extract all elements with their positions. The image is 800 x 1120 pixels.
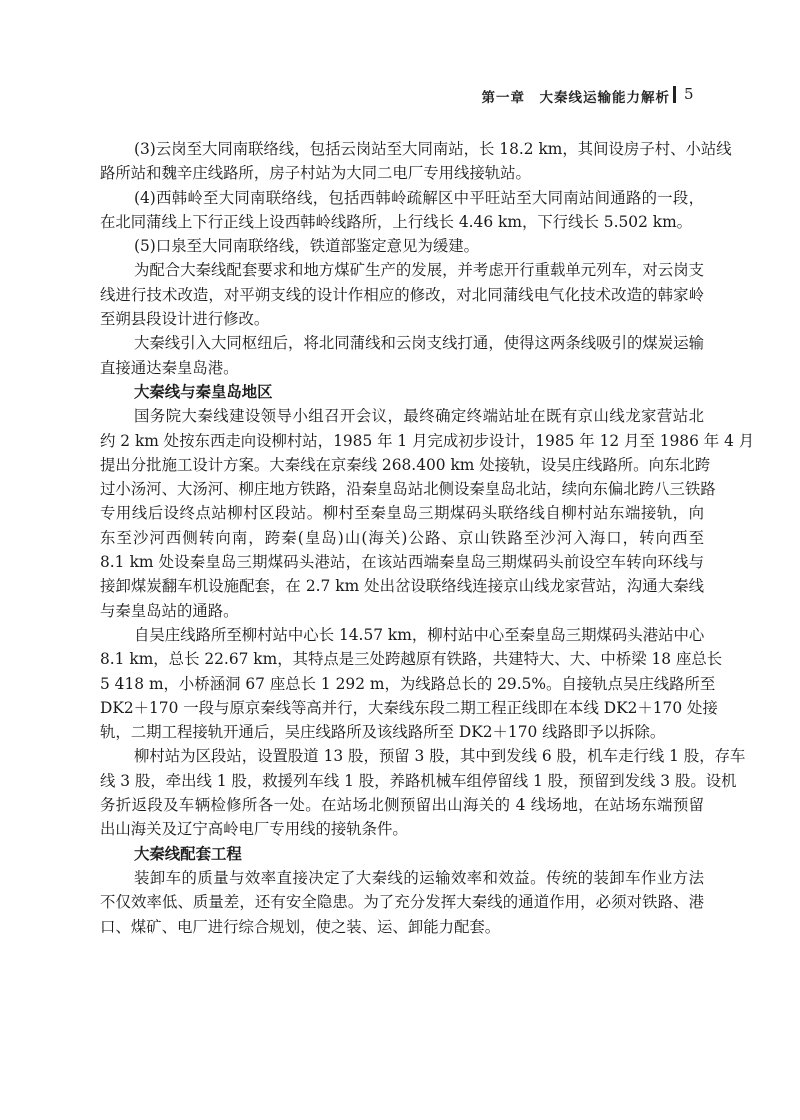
text-line: 大秦线引入大同枢纽后，将北同蒲线和云岗支线打通，使得这两条线吸引的煤炭运输	[100, 331, 704, 355]
text-line: 装卸车的质量与效率直接决定了大秦线的运输效率和效益。传统的装卸车作业方法	[100, 866, 704, 890]
text-line: 与秦皇岛站的通路。	[100, 599, 704, 623]
body-text: (3)云岗至大同南联络线，包括云岗站至大同南站，长 18.2 km，其间设房子村…	[100, 137, 704, 939]
header-divider	[673, 86, 676, 103]
section-heading: 大秦线配套工程	[100, 842, 704, 866]
text-line: 约 2 km 处按东西走向设柳村站，1985 年 1 月完成初步设计，1985 …	[100, 429, 704, 453]
text-line: 路所站和魏辛庄线路所，房子村站为大同二电厂专用线接轨站。	[100, 161, 704, 185]
running-header: 第一章 大秦线运输能力解析 5	[0, 84, 800, 108]
text-line: 东至沙河西侧转向南，跨秦(皇岛)山(海关)公路、京山铁路至沙河入海口，转向西至	[100, 526, 704, 550]
text-line: 专用线后设终点站柳村区段站。柳村至秦皇岛三期煤码头联络线自柳村站东端接轨，向	[100, 501, 704, 525]
text-line: 提出分批施工设计方案。大秦线在京秦线 268.400 km 处接轨，设吴庄线路所…	[100, 453, 704, 477]
text-line: (5)口泉至大同南联络线，铁道部鉴定意见为缓建。	[100, 234, 704, 258]
page-number: 5	[684, 85, 694, 103]
text-line: 为配合大秦线配套要求和地方煤矿生产的发展，并考虑开行重载单元列车，对云岗支	[100, 258, 704, 282]
text-line: 柳村站为区段站，设置股道 13 股，预留 3 股，其中到发线 6 股，机车走行线…	[100, 744, 704, 768]
text-line: 8.1 km，总长 22.67 km，其特点是三处跨越原有铁路，共建特大、大、中…	[100, 647, 704, 671]
text-line: 务折返段及车辆检修所各一处。在站场北侧预留出山海关的 4 线场地，在站场东端预留	[100, 793, 704, 817]
text-line: DK2＋170 一段与原京秦线等高并行，大秦线东段二期工程正线即在本线 DK2＋…	[100, 696, 704, 720]
text-line: (4)西韩岭至大同南联络线，包括西韩岭疏解区中平旺站至大同南站间通路的一段，	[100, 186, 704, 210]
text-line: 8.1 km 处设秦皇岛三期煤码头港站，在该站西端秦皇岛三期煤码头前设空车转向环…	[100, 550, 704, 574]
text-line: 至朔县段设计进行修改。	[100, 307, 704, 331]
text-line: 接卸煤炭翻车机设施配套，在 2.7 km 处出岔设联络线连接京山线龙家营站，沟通…	[100, 574, 704, 598]
text-line: (3)云岗至大同南联络线，包括云岗站至大同南站，长 18.2 km，其间设房子村…	[100, 137, 704, 161]
text-line: 直接通达秦皇岛港。	[100, 356, 704, 380]
text-line: 5 418 m，小桥涵洞 67 座总长 1 292 m，为线路总长的 29.5%…	[100, 672, 704, 696]
text-line: 国务院大秦线建设领导小组召开会议，最终确定终端站址在既有京山线龙家营站北	[100, 404, 704, 428]
text-line: 线进行技术改造，对平朔支线的设计作相应的修改，对北同蒲线电气化技术改造的韩家岭	[100, 283, 704, 307]
text-line: 口、煤矿、电厂进行综合规划，使之装、运、卸能力配套。	[100, 915, 704, 939]
text-line: 线 3 股，牵出线 1 股，救援列车线 1 股，养路机械车组停留线 1 股，预留…	[100, 769, 704, 793]
text-line: 自吴庄线路所至柳村站中心长 14.57 km，柳村站中心至秦皇岛三期煤码头港站中…	[100, 623, 704, 647]
chapter-title: 第一章 大秦线运输能力解析	[482, 86, 671, 106]
text-line: 轨，二期工程接轨开通后，吴庄线路所及该线路所至 DK2＋170 线路即予以拆除。	[100, 720, 704, 744]
text-line: 不仅效率低、质量差，还有安全隐患。为了充分发挥大秦线的通道作用，必须对铁路、港	[100, 890, 704, 914]
text-line: 在北同蒲线上下行正线上设西韩岭线路所，上行线长 4.46 km，下行线长 5.5…	[100, 210, 704, 234]
text-line: 过小汤河、大汤河、柳庄地方铁路，沿秦皇岛站北侧设秦皇岛北站，续向东偏北跨八三铁路	[100, 477, 704, 501]
text-line: 出山海关及辽宁高岭电厂专用线的接轨条件。	[100, 817, 704, 841]
section-heading: 大秦线与秦皇岛地区	[100, 380, 704, 404]
